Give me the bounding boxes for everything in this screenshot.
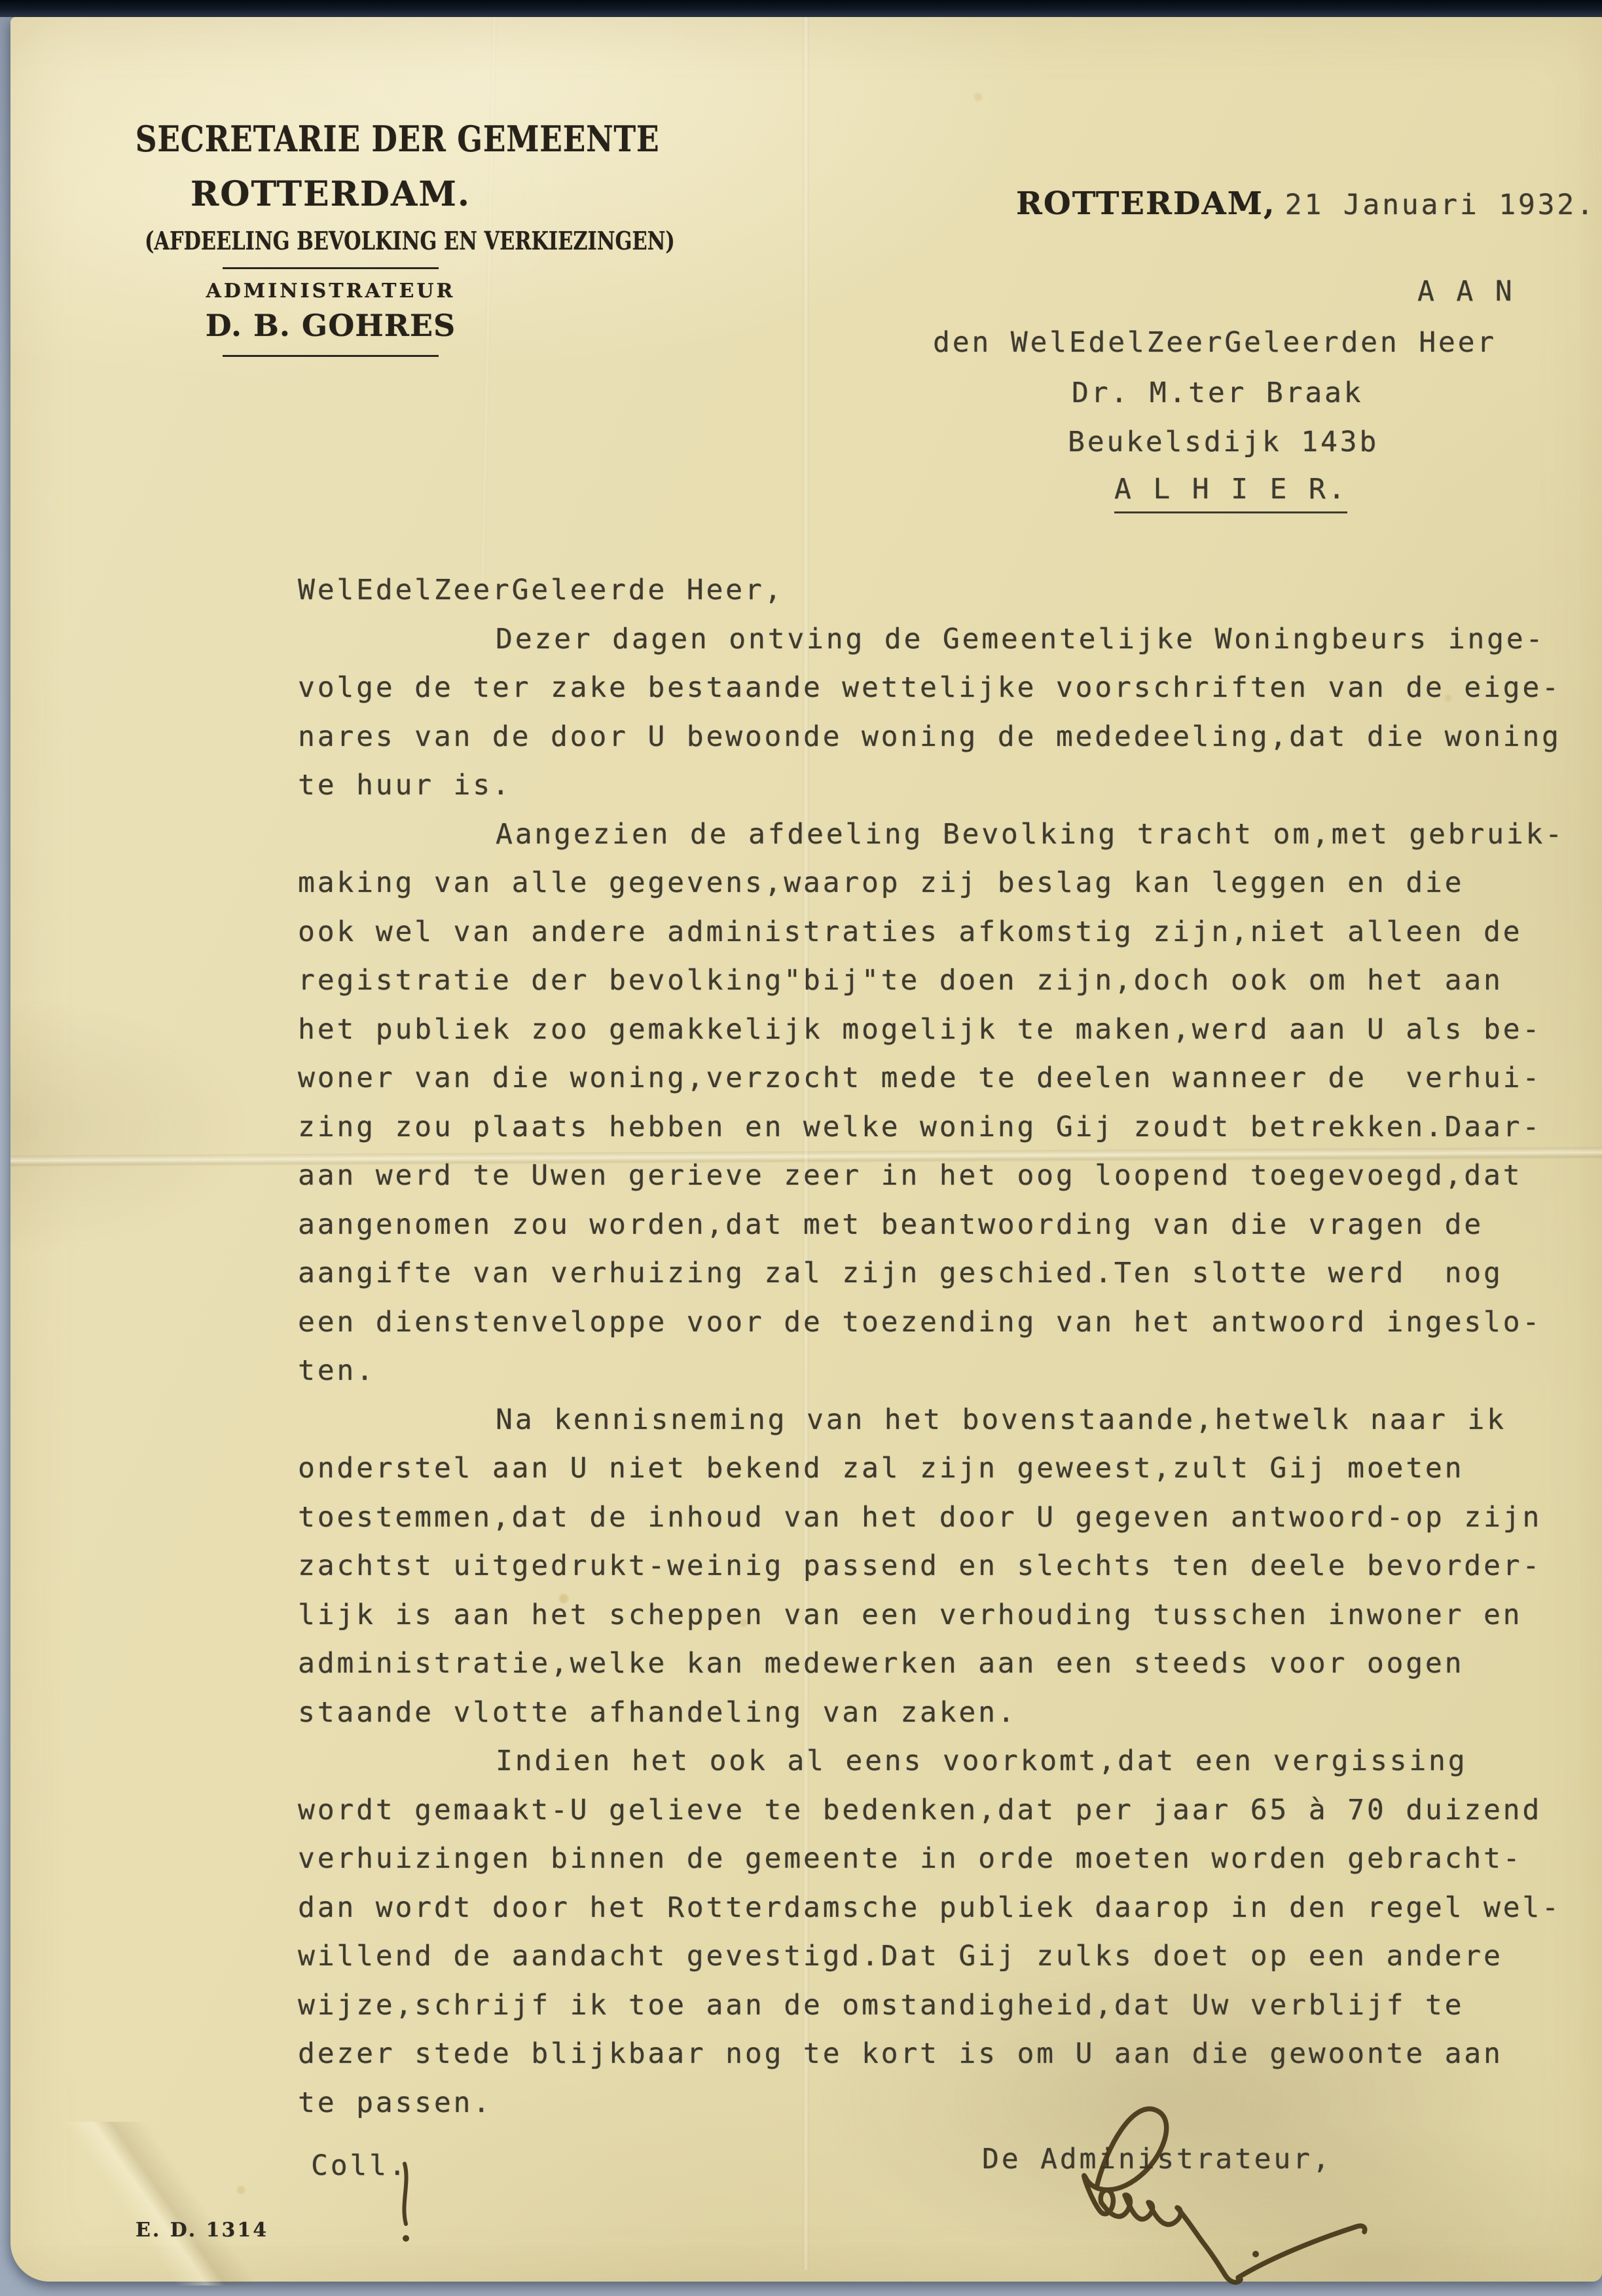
letterhead-role: ADMINISTRATEUR: [98, 280, 563, 303]
body-line: Na kennisneming van het bovenstaande,het…: [298, 1396, 1601, 1445]
closing-coll-label: Coll.: [311, 2149, 408, 2182]
letterhead-rule-bottom: [223, 355, 439, 357]
body-line: willend de aandacht gevestigd.Dat Gij zu…: [298, 1932, 1601, 1981]
body-line: administratie,welke kan medewerken aan e…: [298, 1639, 1601, 1688]
body-line: staande vlotte afhandeling van zaken.: [298, 1688, 1601, 1737]
closing-signoff: De Administrateur,: [982, 2143, 1332, 2176]
letterhead-org-line1: SECRETARIE DER GEMEENTE: [136, 118, 526, 160]
body-line: toestemmen,dat de inhoud van het door U …: [298, 1493, 1601, 1542]
body-line: te passen.: [298, 2079, 1601, 2128]
body-line: registratie der bevolking"bij"te doen zi…: [298, 956, 1601, 1005]
body-line: onderstel aan U niet bekend zal zijn gew…: [298, 1444, 1601, 1493]
letter-body: WelEdelZeerGeleerde Heer,Dezer dagen ont…: [298, 566, 1601, 2127]
body-line: aan werd te Uwen gerieve zeer in het oog…: [298, 1151, 1601, 1200]
recipient-line-name: Dr. M.ter Braak: [1072, 377, 1363, 409]
body-line: ten.: [298, 1346, 1601, 1396]
body-line: verhuizingen binnen de gemeente in orde …: [298, 1834, 1601, 1883]
letterhead-administrator-name: D. B. GOHRES: [98, 308, 563, 343]
recipient-aan: A A N: [1417, 275, 1514, 308]
body-line: zing zou plaats hebben en welke woning G…: [298, 1103, 1601, 1152]
dateline: ROTTERDAM, 21 Januari 1932.: [1016, 185, 1596, 222]
letterhead-rule-top: [223, 267, 439, 269]
body-line: te huur is.: [298, 761, 1601, 810]
body-line: een dienstenveloppe voor de toezending v…: [298, 1298, 1601, 1347]
body-line: dezer stede blijkbaar nog te kort is om …: [298, 2029, 1601, 2079]
body-line: wijze,schrijf ik toe aan de omstandighei…: [298, 1981, 1601, 2030]
body-line: aangifte van verhuizing zal zijn geschie…: [298, 1249, 1601, 1298]
body-line: het publiek zoo gemakkelijk mogelijk te …: [298, 1005, 1601, 1054]
body-line: Indien het ook al eens voorkomt,dat een …: [298, 1737, 1601, 1786]
body-line: ook wel van andere administraties afkoms…: [298, 908, 1601, 957]
body-line: lijk is aan het scheppen van een verhoud…: [298, 1591, 1601, 1640]
dateline-date: 21 Januari 1932.: [1285, 189, 1596, 221]
body-line: dan wordt door het Rotterdamsche publiek…: [298, 1883, 1601, 1933]
recipient-line-street: Beukelsdijk 143b: [1068, 426, 1379, 458]
body-line: aangenomen zou worden,dat met beantwoord…: [298, 1200, 1601, 1250]
body-line: wordt gemaakt-U gelieve te bedenken,dat …: [298, 1786, 1601, 1835]
letterhead-department: (AFDEELING BEVOLKING EN VERKIEZINGEN): [145, 226, 517, 255]
body-line: making van alle gegevens,waarop zij besl…: [298, 859, 1601, 908]
body-line: Aangezien de afdeeling Bevolking tracht …: [298, 810, 1601, 859]
scanned-letter-page: SECRETARIE DER GEMEENTE ROTTERDAM. (AFDE…: [0, 0, 1602, 2296]
body-line: nares van de door U bewoonde woning de m…: [298, 713, 1601, 762]
dateline-city: ROTTERDAM,: [1016, 185, 1276, 222]
form-number: E. D. 1314: [136, 2219, 268, 2242]
scan-background-top-strip: [0, 0, 1602, 17]
letterhead-org-line2: ROTTERDAM.: [98, 174, 563, 214]
letterhead: SECRETARIE DER GEMEENTE ROTTERDAM. (AFDE…: [98, 118, 563, 357]
recipient-line-honorific: den WelEdelZeerGeleerden Heer: [933, 326, 1497, 359]
body-line: volge de ter zake bestaande wettelijke v…: [298, 663, 1601, 713]
body-line: Dezer dagen ontving de Gemeentelijke Won…: [298, 615, 1601, 664]
body-line: woner van die woning,verzocht mede te de…: [298, 1054, 1601, 1103]
body-line: WelEdelZeerGeleerde Heer,: [298, 566, 1601, 615]
recipient-line-city: A L H I E R.: [1114, 473, 1347, 513]
body-line: zachtst uitgedrukt-weinig passend en sle…: [298, 1542, 1601, 1591]
